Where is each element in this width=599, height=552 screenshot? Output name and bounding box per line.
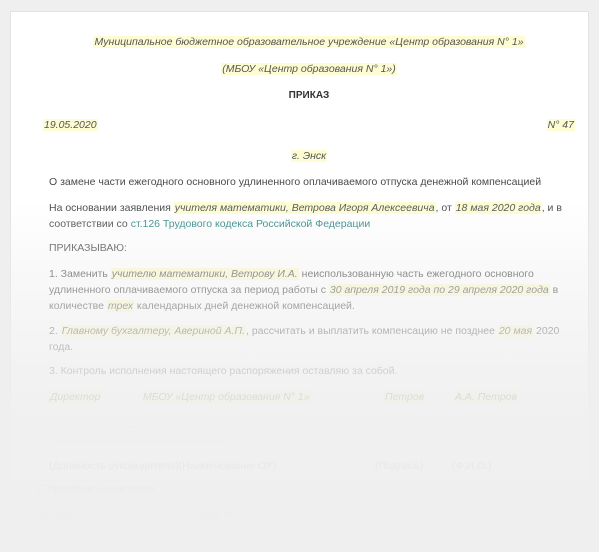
order-date: 19.05.2020 (43, 119, 98, 131)
employee-name: учителя математики, Ветрова Игоря Алексе… (174, 202, 436, 214)
caption-name: (Ф.И.О.) (452, 458, 491, 474)
signature-position: Директор (49, 389, 101, 405)
caption-sign: (Подпись) (375, 458, 424, 474)
order-number: N° 47 (547, 119, 575, 131)
item1-period: 30 апреля 2019 года по 29 апреля 2020 го… (329, 284, 550, 296)
application-date: 18 мая 2020 года (455, 202, 542, 214)
order-subject: О замене части ежегодного основного удли… (49, 174, 564, 190)
order-basis: На основании заявления учителя математик… (49, 200, 564, 232)
ack-sign: Ветров (38, 509, 73, 521)
order-item-2: 2. Главному бухгалтеру, Авериной А.П., р… (49, 323, 564, 355)
item1-employee: учителю математики, Ветрову И.А. (111, 268, 299, 280)
city-line: г. Энск (49, 148, 569, 164)
labor-code-link[interactable]: ст.126 Трудового кодекса Российской Феде… (131, 218, 371, 230)
item1-days: трех (107, 300, 134, 312)
item2-date: 20 мая (498, 325, 533, 337)
order-date-line: 19.05.2020 (43, 117, 98, 133)
signature-sign: Петров (384, 389, 425, 405)
item2-accountant: Главному бухгалтеру, Авериной А.П. (61, 325, 246, 337)
signature-name: А.А. Петров (454, 389, 518, 405)
organization-short: (МБОУ «Центр образования N° 1») (221, 63, 397, 75)
organization-line: Муниципальное бюджетное образовательное … (49, 34, 569, 50)
slash-divider: / (127, 427, 130, 443)
order-number-line: N° 47 (547, 117, 575, 133)
signature-organization: МБОУ «Центр образования N° 1» (142, 389, 311, 405)
document-title: ПРИКАЗ (49, 88, 569, 104)
order-word: ПРИКАЗЫВАЮ: (49, 240, 564, 256)
acknowledged-label: С приказом ознакомлен: (38, 483, 158, 495)
signature-line-bottom (49, 440, 224, 441)
ack-name: Ветров И.А. (186, 509, 244, 521)
city: г. Энск (291, 150, 327, 162)
organization-short-line: (МБОУ «Центр образования N° 1») (49, 61, 569, 77)
organization-name: Муниципальное бюджетное образовательное … (93, 36, 524, 48)
caption-position-org: (Должность руководителя)(Наименование ОУ… (49, 458, 276, 474)
document-card: Муниципальное бюджетное образовательное … (10, 11, 589, 481)
signature-line-top (49, 426, 339, 427)
order-item-3: 3. Контроль исполнения настоящего распор… (49, 363, 564, 379)
order-item-1: 1. Заменить учителю математики, Ветрову … (49, 266, 564, 314)
